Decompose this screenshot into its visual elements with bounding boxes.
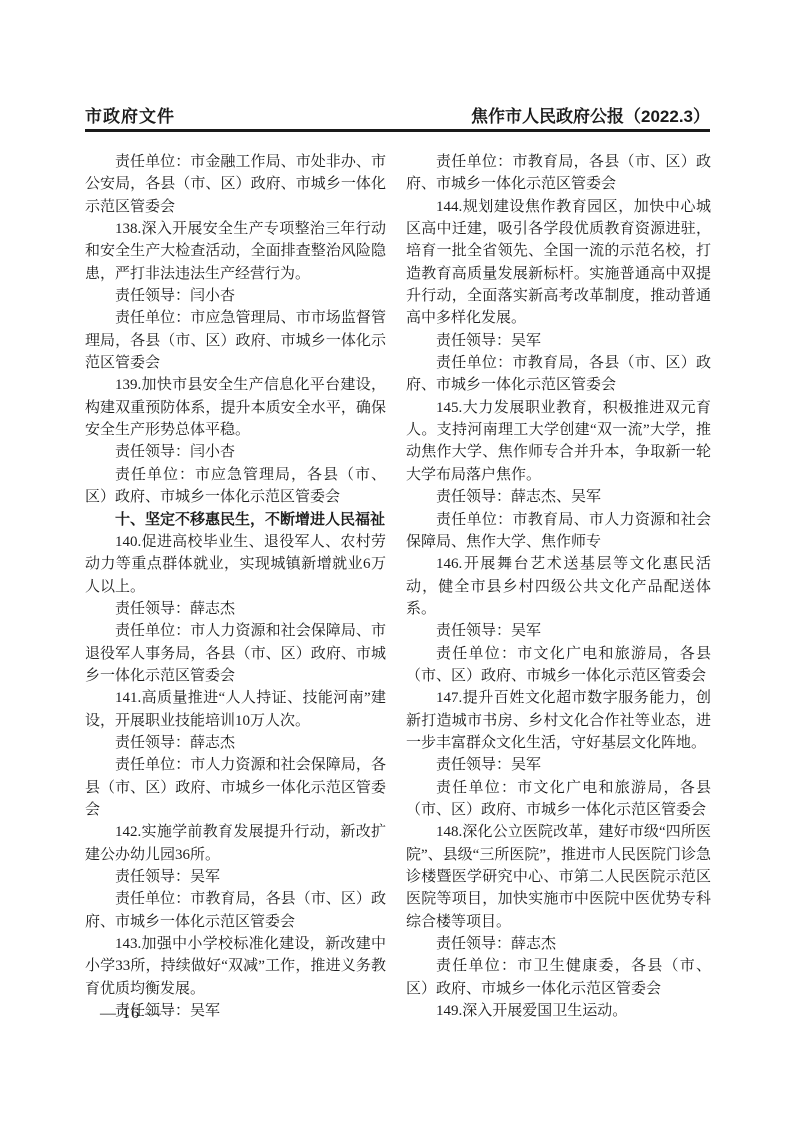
section-heading: 十、坚定不移惠民生，不断增进人民福祉 — [85, 509, 386, 531]
paragraph: 149.深入开展爱国卫生运动。 — [406, 1000, 711, 1022]
paragraph: 责任单位：市教育局，各县（市、区）政府、市城乡一体化示范区管委会 — [406, 352, 711, 397]
paragraph: 148.深化公立医院改革，建好市级“四所医院”、县级“三所医院”，推进市人民医院… — [406, 821, 711, 933]
paragraph: 责任领导：吴军 — [406, 330, 711, 352]
paragraph: 责任单位：市教育局，各县（市、区）政府、市城乡一体化示范区管委会 — [85, 888, 386, 933]
paragraph: 责任领导：闫小杏 — [85, 285, 386, 307]
paragraph: 责任领导：薛志杰、吴军 — [406, 486, 711, 508]
paragraph: 责任单位：市文化广电和旅游局，各县（市、区）政府、市城乡一体化示范区管委会 — [406, 643, 711, 688]
paragraph: 142.实施学前教育发展提升行动，新改扩建公办幼儿园36所。 — [85, 821, 386, 866]
paragraph: 147.提升百姓文化超市数字服务能力，创新打造城市书房、乡村文化合作社等业态，进… — [406, 687, 711, 754]
paragraph: 责任单位：市文化广电和旅游局，各县（市、区）政府、市城乡一体化示范区管委会 — [406, 777, 711, 822]
paragraph: 责任领导：吴军 — [406, 754, 711, 776]
paragraph: 责任单位：市应急管理局、市市场监督管理局，各县（市、区）政府、市城乡一体化示范区… — [85, 307, 386, 374]
paragraph: 146.开展舞台艺术送基层等文化惠民活动，健全市县乡村四级公共文化产品配送体系。 — [406, 553, 711, 620]
paragraph: 138.深入开展安全生产专项整治三年行动和安全生产大检查活动，全面排查整治风险隐… — [85, 218, 386, 285]
header-left-title: 市政府文件 — [85, 102, 175, 127]
document-page: 市政府文件 焦作市人民政府公报（2022.3） 责任单位：市金融工作局、市处非办… — [0, 0, 793, 1122]
paragraph: 144.规划建设焦作教育园区，加快中心城区高中迁建，吸引各学段优质教育资源进驻，… — [406, 196, 711, 330]
paragraph: 责任单位：市金融工作局、市处非办、市公安局，各县（市、区）政府、市城乡一体化示范… — [85, 151, 386, 218]
header-right-title: 焦作市人民政府公报（2022.3） — [471, 102, 710, 127]
paragraph: 责任领导：薛志杰 — [85, 598, 386, 620]
header-rule — [85, 129, 710, 132]
paragraph: 责任单位：市人力资源和社会保障局，各县（市、区）政府、市城乡一体化示范区管委会 — [85, 754, 386, 821]
paragraph: 责任领导：薛志杰 — [85, 732, 386, 754]
left-column: 责任单位：市金融工作局、市处非办、市公安局，各县（市、区）政府、市城乡一体化示范… — [85, 151, 386, 1022]
paragraph: 责任领导：薛志杰 — [406, 933, 711, 955]
paragraph: 139.加快市县安全生产信息化平台建设，构建双重预防体系，提升本质安全水平，确保… — [85, 374, 386, 441]
paragraph: 141.高质量推进“人人持证、技能河南”建设，开展职业技能培训10万人次。 — [85, 687, 386, 732]
paragraph: 责任单位：市教育局，各县（市、区）政府、市城乡一体化示范区管委会 — [406, 151, 711, 196]
paragraph: 145.大力发展职业教育，积极推进双元育人。支持河南理工大学创建“双一流”大学，… — [406, 397, 711, 486]
paragraph: 责任单位：市教育局、市人力资源和社会保障局、焦作大学、焦作师专 — [406, 509, 711, 554]
paragraph: 责任单位：市应急管理局，各县（市、区）政府、市城乡一体化示范区管委会 — [85, 464, 386, 509]
paragraph: 责任领导：闫小杏 — [85, 441, 386, 463]
paragraph: 责任领导：吴军 — [85, 866, 386, 888]
right-column: 责任单位：市教育局，各县（市、区）政府、市城乡一体化示范区管委会144.规划建设… — [406, 151, 711, 1022]
paragraph: 140.促进高校毕业生、退役军人、农村劳动力等重点群体就业，实现城镇新增就业6万… — [85, 531, 386, 598]
paragraph: 143.加强中小学校标准化建设，新改建中小学33所，持续做好“双减”工作，推进义… — [85, 933, 386, 1000]
paragraph: 责任单位：市卫生健康委，各县（市、区）政府、市城乡一体化示范区管委会 — [406, 955, 711, 1000]
paragraph: 责任单位：市人力资源和社会保障局、市退役军人事务局，各县（市、区）政府、市城乡一… — [85, 620, 386, 687]
page-number: — 16 — — [100, 1005, 162, 1023]
paragraph: 责任领导：吴军 — [406, 620, 711, 642]
